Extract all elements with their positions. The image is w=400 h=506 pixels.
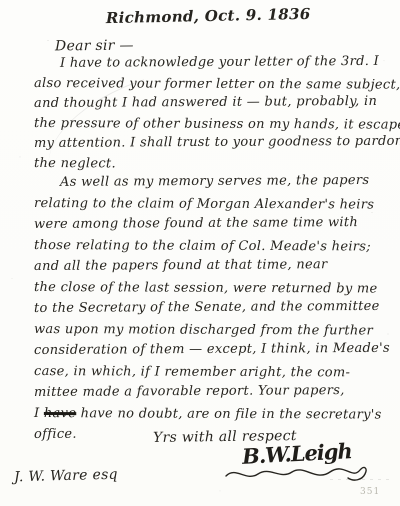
letter-line: were among those found at the same time … [34, 212, 388, 235]
letter-line: As well as my memory serves me, the pape… [34, 170, 388, 193]
struck-out-word: have [44, 406, 76, 421]
letter-dateline: Richmond, Oct. 9. 1836 [106, 5, 311, 27]
letter-paragraph-2: As well as my memory serves me, the pape… [34, 172, 388, 445]
letter-line: my attention. I shall trust to your good… [34, 132, 388, 154]
letter-line: consideration of them — except, I think,… [34, 338, 388, 361]
folio-number: 351 [360, 487, 380, 497]
scan-smudge-mark [330, 479, 392, 480]
letter-salutation: Dear sir — [55, 38, 134, 55]
letter-paragraph-1: I have to acknowledge your letter of the… [34, 54, 388, 174]
scanned-letter-page: Richmond, Oct. 9. 1836 Dear sir — I have… [0, 0, 400, 506]
line-text: have no doubt, are on file in the secret… [76, 406, 381, 422]
letter-line: mittee made a favorable report. Your pap… [34, 380, 388, 403]
line-text: I [34, 406, 44, 421]
signature-text: B.W.Leigh [242, 438, 353, 469]
addressee-note: J. W. Ware esq [14, 467, 118, 486]
letter-line: and all the papers found at that time, n… [34, 254, 388, 277]
letter-line: to the Secretary of the Senate, and the … [34, 296, 388, 319]
letter-line: I have to acknowledge your letter of the… [34, 52, 388, 74]
letter-line: and thought I had answered it — but, pro… [34, 92, 388, 114]
